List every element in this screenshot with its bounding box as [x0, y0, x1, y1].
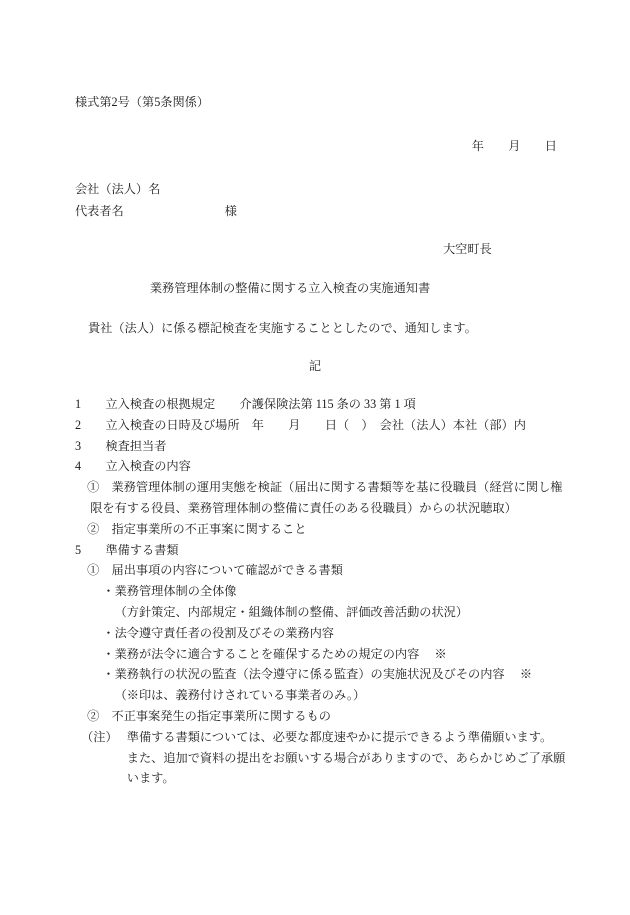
record-marker: 記 [0, 356, 630, 376]
document-line: ・業務執行の状況の監査（法令遵守に係る監査）の実施状況及びその内容 ※ [75, 664, 630, 685]
document-line: 5 準備する書類 [75, 540, 630, 561]
representative-line: 代表者名様 [75, 201, 237, 221]
document-line: ① 届出事項の内容について確認ができる書類 [75, 560, 630, 581]
document-line: 1 立入検査の根拠規定 介護保険法第 115 条の 33 第 1 項 [75, 394, 630, 415]
intro-paragraph: 貴社（法人）に係る標記検査を実施することとしたので、通知します。 [88, 318, 477, 338]
document-line: ・法令遵守責任者の役割及びその業務内容 [75, 623, 630, 644]
document-line: （※印は、義務付けされている事業者のみ。） [75, 685, 630, 706]
document-line: 3 検査担当者 [75, 436, 630, 457]
document-line: 4 立入検査の内容 [75, 456, 630, 477]
form-number: 様式第2号（第5条関係） [75, 92, 209, 112]
representative-label: 代表者名 [75, 204, 124, 218]
document-line: ① 業務管理体制の運用実態を検証（届出に関する書類等を基に役職員（経営に関し権 [75, 477, 630, 498]
document-line: います。 [75, 768, 630, 789]
document-line: ② 不正事案発生の指定事業所に関するもの [75, 706, 630, 727]
date-line: 年 月 日 [472, 136, 557, 156]
document-page: 様式第2号（第5条関係） 年 月 日 会社（法人）名 代表者名様 大空町長 業務… [0, 0, 630, 915]
document-line: また、追加で資料の提出をお願いする場合がありますので、あらかじめご了承願 [75, 748, 630, 769]
document-title: 業務管理体制の整備に関する立入検査の実施通知書 [0, 278, 605, 298]
issuer-line: 大空町長 [443, 239, 492, 259]
document-line: ・業務管理体制の全体像 [75, 581, 630, 602]
document-line: 限を有する役員、業務管理体制の整備に責任のある役職員）からの状況聴取） [75, 498, 630, 519]
document-body: 1 立入検査の根拠規定 介護保険法第 115 条の 33 第 1 項 2 立入検… [75, 394, 630, 789]
company-name-line: 会社（法人）名 [75, 179, 160, 199]
document-line: ・業務が法令に適合することを確保するための規定の内容 ※ [75, 644, 630, 665]
document-line: （方針策定、内部規定・組織体制の整備、評価改善活動の状況） [75, 602, 630, 623]
honorific: 様 [225, 204, 237, 218]
document-line: 2 立入検査の日時及び場所 年 月 日（ ） 会社（法人）本社（部）内 [75, 415, 630, 436]
document-line: ② 指定事業所の不正事案に関すること [75, 519, 630, 540]
document-line: （注） 準備する書類については、必要な都度速やかに提示できるよう準備願います。 [75, 727, 630, 748]
